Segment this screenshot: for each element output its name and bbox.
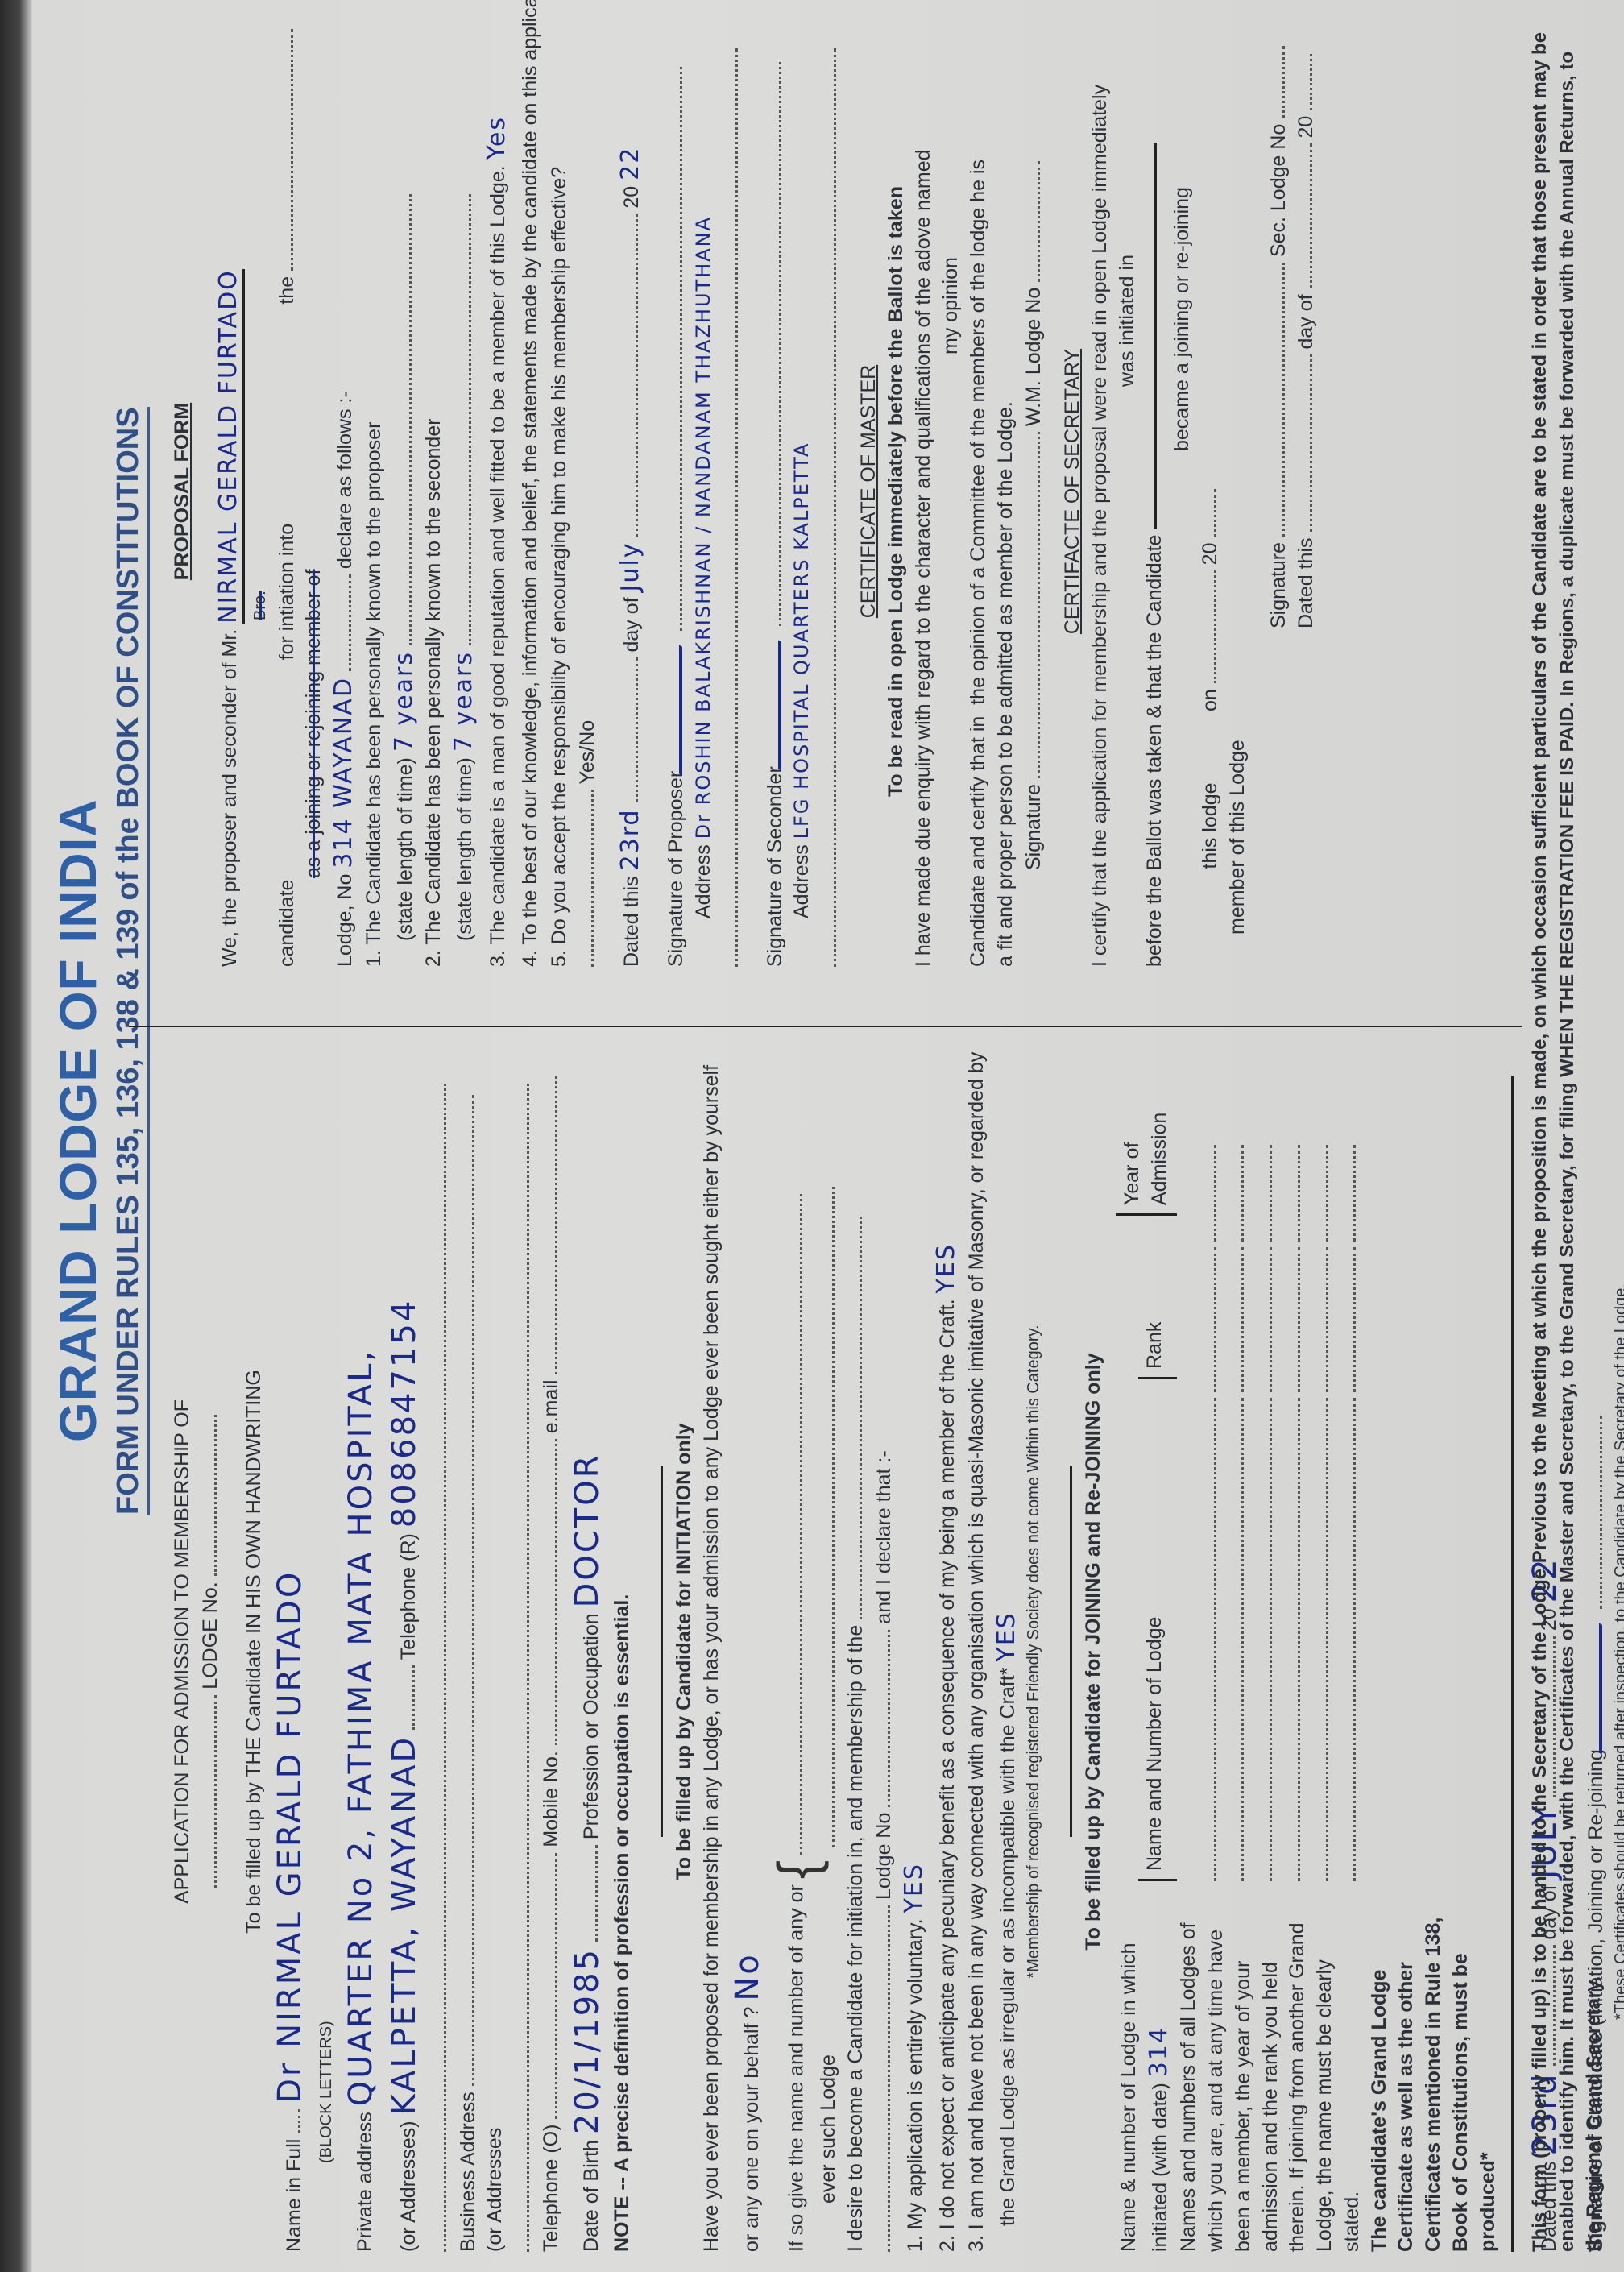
or-addresses-row: (or Addresses) KALPETTA, WAYANAD Telepho…	[383, 1051, 426, 2252]
declaration-3-answer[interactable]: YES	[992, 1611, 1021, 1661]
column-rank: Rank	[1138, 1216, 1177, 1379]
declaration-2-answer[interactable]: YES	[932, 1243, 960, 1293]
proposal-dated-year-field[interactable]: 22	[616, 147, 644, 180]
proposal-item-5: 5. Do you accept the responsibility of e…	[546, 16, 574, 967]
form-subtitle: FORM UNDER RULES 135, 136, 138 & 139 of …	[111, 407, 150, 1515]
blank-business-row	[509, 1051, 537, 2252]
proposal-dated-day-field[interactable]: 23rd	[616, 808, 644, 870]
desire-lodge-field[interactable]	[842, 1217, 862, 1619]
proposal-column: PROPOSAL FORM We, the proposer and secon…	[169, 16, 1320, 967]
section-rule	[1511, 1076, 1514, 2252]
name-row: Name in Full Dr NIRMAL GERALD FURTADO	[268, 1051, 312, 2252]
section-rule	[661, 1466, 663, 1837]
telephone-r-field[interactable]: 8086847154	[386, 1299, 423, 1528]
lodge-name-field[interactable]	[197, 1695, 217, 1888]
profession-note: NOTE -- A precise definition of professi…	[609, 1051, 636, 2252]
telephone-row: Telephone (O) Mobile No. e.mail	[537, 1051, 565, 2252]
dob-field[interactable]: 20/1/1985	[569, 1947, 606, 2134]
master-signature-row: Signature W.M. Lodge No	[1020, 16, 1048, 967]
reputation-answer[interactable]: Yes	[483, 116, 511, 160]
lodges-table-rows	[1196, 1051, 1365, 1881]
yes-no-field[interactable]: Yes/No	[576, 720, 599, 785]
master-text-3: a fit and proper person to be admitted a…	[992, 16, 1020, 967]
seconder-known-field[interactable]: 7 years	[449, 651, 478, 752]
my-opinion-option: my opinion	[938, 16, 965, 967]
proposal-lodge-field[interactable]: 314 WAYANAD	[329, 677, 358, 869]
table-row	[1252, 1051, 1280, 1881]
mobile-field[interactable]	[537, 1439, 557, 1745]
dob-row: Date of Birth 20/1/1985 Profession or Oc…	[565, 1051, 609, 2252]
if-so-row: If so give the name and number of any or…	[781, 1051, 814, 2252]
business-address-row: Business Address	[454, 1051, 483, 2252]
lodge-no-row: LODGE No.	[197, 1051, 225, 2252]
joining-option-struck: as a joining or rejoining member of	[302, 569, 325, 878]
initiated-lodge-field[interactable]: 314	[1145, 2026, 1173, 2077]
if-so-row-2: ever such Lodge	[814, 1051, 843, 2252]
secretary-dated-year-field[interactable]	[1292, 54, 1312, 110]
secretary-dated-month-field[interactable]	[1292, 143, 1312, 288]
lodges-history-label: Names and numbers of all Lodges of which…	[1175, 1897, 1365, 2252]
profession-field[interactable]: DOCTOR	[569, 1453, 606, 1607]
application-column: APPLICATION FOR ADMISSION TO MEMBERSHIP …	[169, 1051, 1624, 2252]
lodge-no-field[interactable]	[197, 1415, 217, 1576]
email-field[interactable]	[537, 1076, 557, 1374]
proposal-intro-row: We, the proposer and seconder of Mr. NIR…	[213, 16, 246, 967]
lodges-table-header: Name and Number of Lodge Rank Year of Ad…	[1116, 1051, 1177, 1881]
bro-row: Bro.	[246, 16, 273, 967]
proposal-item-4: 4. To the best of our knowledge, informa…	[513, 16, 546, 967]
business-address-line2-field[interactable]	[509, 1084, 529, 2252]
seconder-signature-row: Signature of Seconder	[746, 16, 789, 967]
joining-section: Name & number of Lodge in which initiate…	[1116, 1051, 1502, 2252]
desire-lodge-no-row: Lodge No and I declare that :-	[870, 1051, 898, 2252]
table-row	[1280, 1051, 1308, 1881]
desire-lodge-no-field[interactable]	[870, 1630, 890, 1807]
proposal-item-1-sub: (state length of time) 7 years	[388, 16, 421, 967]
column-divider	[129, 1026, 1522, 1027]
declaration-1: 1. My application is entirely voluntary.…	[898, 1051, 931, 2252]
blank-address-row	[426, 1051, 454, 2252]
secretary-dated-row: Dated this day of 20	[1292, 16, 1320, 967]
application-heading: APPLICATION FOR ADMISSION TO MEMBERSHIP …	[169, 1051, 197, 2252]
secretary-text-2: before the Ballot was taken & that the C…	[1141, 16, 1169, 967]
certificate-note: The candidate's Grand Lodge Certificate …	[1366, 1897, 1502, 2252]
proposal-item-2: 2. The Candidate has been personally kno…	[420, 16, 448, 967]
membership-form-page: GRAND LODGE OF INDIA FORM UNDER RULES 13…	[0, 0, 1624, 2272]
name-field[interactable]: Dr NIRMAL GERALD FURTADO	[271, 1570, 309, 2104]
candidate-row: candidate for intiation into the	[273, 16, 301, 967]
master-certificate-subheading: To be read in open Lodge immediately bef…	[883, 16, 910, 967]
telephone-o-field[interactable]	[537, 1853, 557, 2119]
master-signature-field[interactable]	[1020, 432, 1040, 778]
business-or-addresses-row: (or Addresses	[482, 1051, 509, 2252]
business-address-field[interactable]	[454, 1095, 474, 2086]
master-certificate-heading: CERTIFICATE OF MASTER	[855, 16, 883, 967]
proposer-address-field[interactable]: Dr ROSHIN BALAKRISHNAN / NANDANAM THAZHU…	[692, 216, 715, 839]
private-address-row: Private address QUARTER No 2, FATHIMA MA…	[339, 1051, 383, 2252]
became-option: became a joining or re-joining	[1169, 16, 1196, 967]
secretary-on-row: this lodge on 20	[1196, 16, 1224, 967]
table-row	[1308, 1051, 1336, 1881]
initiated-lodge-label: Name & number of Lodge in which initiate…	[1116, 1897, 1175, 2252]
was-initiated-option: was initiated in	[1114, 16, 1141, 967]
proposal-item-2-sub: (state length of time) 7 years	[448, 16, 481, 967]
proposer-address-blank	[718, 16, 746, 967]
proposal-item-3: 3. The candidate is a man of good reputa…	[481, 16, 514, 967]
address-extra-field[interactable]	[426, 1084, 446, 2252]
table-row	[1224, 1051, 1252, 1881]
form-footer: This form (properly filled up) is to be …	[1527, 20, 1608, 2252]
proposer-address-row: Address Dr ROSHIN BALAKRISHNAN / NANDANA…	[690, 16, 718, 967]
section-rule	[1070, 1466, 1072, 1837]
secretary-text-1: I certify that the application for membe…	[1087, 16, 1114, 967]
proposer-signature-field[interactable]	[647, 626, 682, 775]
seconder-address-blank	[816, 16, 844, 967]
table-row	[1336, 1051, 1364, 1881]
desire-row: I desire to become a Candidate for initi…	[842, 1051, 870, 2252]
secretary-certificate-heading: CERTIFACTE OF SECRETARY	[1059, 16, 1087, 967]
joining-heading: To be filled up by Candidate for JOINING…	[1080, 1051, 1108, 2252]
previous-lodge-field-2[interactable]	[814, 1187, 835, 1847]
yes-no-row: Yes/No	[574, 16, 602, 967]
secretary-signature-field[interactable]	[1265, 263, 1285, 537]
desire-lodge-name-field[interactable]	[870, 1905, 890, 2252]
proposer-known-field[interactable]: 7 years	[390, 651, 418, 752]
previous-lodge-field-1[interactable]	[782, 1194, 802, 1855]
initiation-heading: To be filled up by Candidate for INITIAT…	[671, 1051, 698, 2252]
seconder-address-field[interactable]: LFG HOSPITAL QUARTERS KALPETTA	[790, 442, 813, 840]
handwriting-instruction: To be filled up by THE Candidate IN HIS …	[241, 1051, 268, 2252]
proposal-dated-month-field[interactable]: July	[616, 542, 644, 592]
secretary-lodge-no-field[interactable]	[1265, 46, 1285, 118]
master-text-1: I have made due enquiry with regard to t…	[910, 16, 938, 967]
proposal-heading: PROPOSAL FORM	[169, 16, 197, 967]
proposal-item-1: 1. The Candidate has been personally kno…	[361, 16, 388, 967]
proposed-question: Have you ever been proposed for membersh…	[698, 1051, 769, 2252]
proposal-lodge-name-field[interactable]	[273, 29, 293, 271]
proposal-lodge-row: Lodge, No 314 WAYANAD declare as follows…	[328, 16, 361, 967]
declaration-1-answer[interactable]: YES	[900, 1863, 928, 1913]
master-text-2: Candidate and certify that in the opinio…	[965, 16, 992, 967]
page-edge	[0, 0, 32, 2272]
lodges-table: Name and Number of Lodge Rank Year of Ad…	[1116, 1051, 1502, 1897]
secretary-signature-row: Signature Sec. Lodge No	[1265, 16, 1293, 967]
proposal-dated-row: Dated this 23rd day of July 20 22	[615, 16, 648, 967]
proposed-answer-field[interactable]: No	[729, 1952, 766, 2000]
declaration-2: 2. I do not expect or anticipate any pec…	[930, 1051, 963, 2252]
block-letters-hint: (BLOCK LETTERS)	[312, 1051, 339, 2252]
proposed-candidate-field[interactable]: NIRMAL GERALD FURTADO	[214, 269, 245, 624]
column-lodge: Name and Number of Lodge	[1138, 1379, 1177, 1881]
member-of-lodge-row: member of this Lodge	[1224, 16, 1252, 967]
form-title: GRAND LODGE OF INDIA	[48, 798, 108, 1442]
secretary-on-year-field[interactable]	[1196, 489, 1216, 537]
joining-labels: Name & number of Lodge in which initiate…	[1116, 1897, 1502, 2252]
private-address-line2-field[interactable]: KALPETTA, WAYANAD	[386, 1735, 423, 2116]
friendly-society-footnote: *Membership of recognised registered Fri…	[1023, 1051, 1050, 2252]
private-address-field[interactable]: QUARTER No 2, FATHIMA MATA HOSPITAL,	[342, 1349, 379, 2106]
certificates-return-note: *These Certificates should be returned a…	[1610, 1051, 1624, 2252]
secretary-on-date-field[interactable]	[1196, 570, 1216, 683]
joining-option-row: as a joining or rejoining member of	[300, 16, 328, 967]
seconder-address-row: Address LFG HOSPITAL QUARTERS KALPETTA	[789, 16, 816, 967]
declaration-3: 3. I am not and have not been in any way…	[963, 1051, 1023, 2252]
column-year: Year of Admission	[1116, 1101, 1177, 1216]
secretary-dated-day-field[interactable]	[1292, 354, 1312, 532]
proposer-signature-row: Signature of Proposer	[647, 16, 690, 967]
seconder-signature-field[interactable]	[746, 622, 781, 771]
wm-lodge-no-field[interactable]	[1020, 161, 1040, 282]
table-row	[1196, 1051, 1224, 1881]
